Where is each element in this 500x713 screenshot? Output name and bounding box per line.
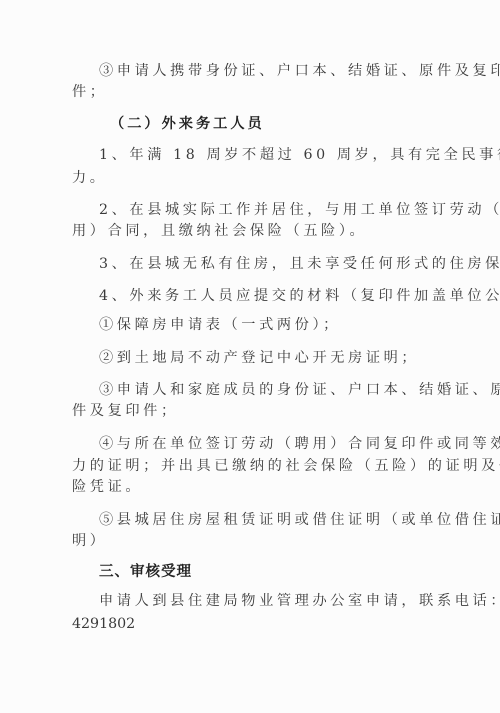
section-heading-review: 三、审核受理 <box>99 563 192 581</box>
document-page: ③申请人携带身份证、户口本、结婚证、原件及复印 件； （二）外来务工人员 1、年… <box>0 0 500 713</box>
paragraph-line: ③申请人和家庭成员的身份证、户口本、结婚证、原 <box>99 381 500 399</box>
paragraph-line: 4、外来务工人员应提交的材料（复印件加盖单位公章） <box>99 287 500 305</box>
section-heading-migrant-workers: （二）外来务工人员 <box>110 115 265 133</box>
paragraph-line: 件； <box>72 83 108 101</box>
paragraph-line: ③申请人携带身份证、户口本、结婚证、原件及复印 <box>99 62 500 80</box>
paragraph-line: ④与所在单位签订劳动（聘用）合同复印件或同等效 <box>99 435 500 453</box>
paragraph-line: ⑤县城居住房屋租赁证明或借住证明（或单位借住证 <box>99 511 500 529</box>
paragraph-line: 件及复印件； <box>72 402 179 420</box>
paragraph-line: 用）合同，且缴纳社会保险（五险）。 <box>72 222 367 240</box>
paragraph-line: 1、年满 18 周岁不超过 60 周岁，具有完全民事行为能 <box>99 146 500 164</box>
phone-number: 4291802 <box>72 615 135 633</box>
paragraph-line: 申请人到县住建局物业管理办公室申请，联系电话： <box>99 592 500 610</box>
paragraph-line: 险凭证。 <box>72 478 143 496</box>
paragraph-line: ②到土地局不动产登记中心开无房证明； <box>99 349 419 367</box>
paragraph-line: ①保障房申请表（一式两份）； <box>99 316 341 334</box>
paragraph-line: 力的证明；并出具已缴纳的社会保险（五险）的证明及保 <box>72 457 500 475</box>
paragraph-line: 明） <box>72 532 108 550</box>
paragraph-line: 2、在县城实际工作并居住，与用工单位签订劳动（聘 <box>99 201 500 219</box>
paragraph-line: 力。 <box>72 169 108 187</box>
paragraph-line: 3、在县城无私有住房，且未享受任何形式的住房保障。 <box>99 255 500 273</box>
